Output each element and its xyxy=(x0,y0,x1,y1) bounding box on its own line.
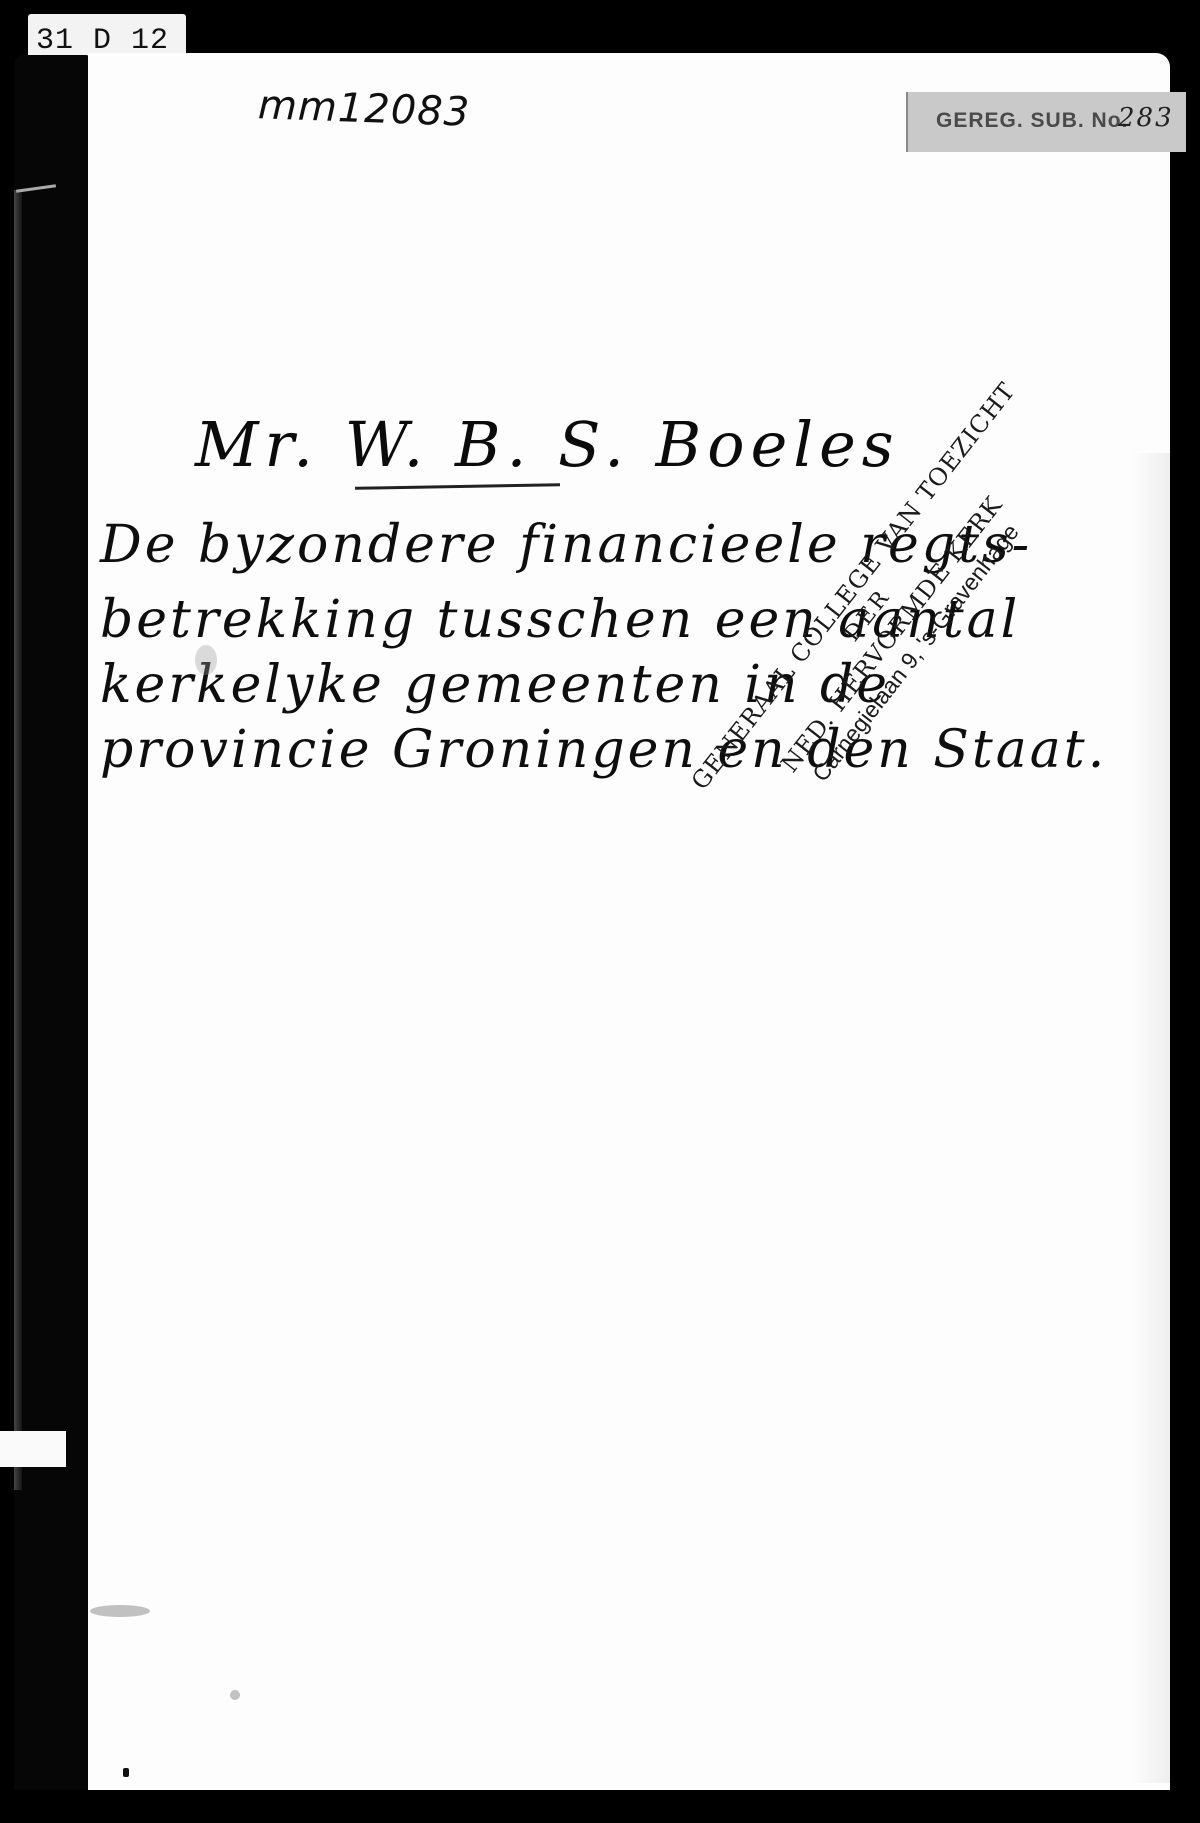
ink-mark xyxy=(123,1768,129,1777)
shelf-label-text: 31 D 12 xyxy=(36,26,169,56)
stain-mark xyxy=(195,645,217,675)
registration-number: 283 xyxy=(1118,103,1174,133)
scan-gap-strip xyxy=(0,1431,66,1467)
stain-mark xyxy=(230,1690,240,1700)
cover-page xyxy=(88,53,1170,1791)
scan-border-bottom xyxy=(0,1790,1200,1823)
shelf-label-tab: 31 D 12 xyxy=(28,14,186,58)
registration-label: GEREG. SUB. No. 283 xyxy=(906,92,1186,152)
page-edge-shade xyxy=(1130,453,1170,1783)
title-line-4: provincie Groningen en den Staat. xyxy=(100,720,1107,780)
stain-mark xyxy=(90,1605,150,1617)
spine-wear-edge xyxy=(14,190,22,1490)
registration-label-printed: GEREG. SUB. No. xyxy=(936,109,1128,133)
book-spine xyxy=(14,55,90,1790)
accession-number: mm12083 xyxy=(257,82,471,135)
author-name: Mr. W. B. S. Boeles xyxy=(195,408,900,481)
scan-border-right xyxy=(1170,0,1200,1823)
